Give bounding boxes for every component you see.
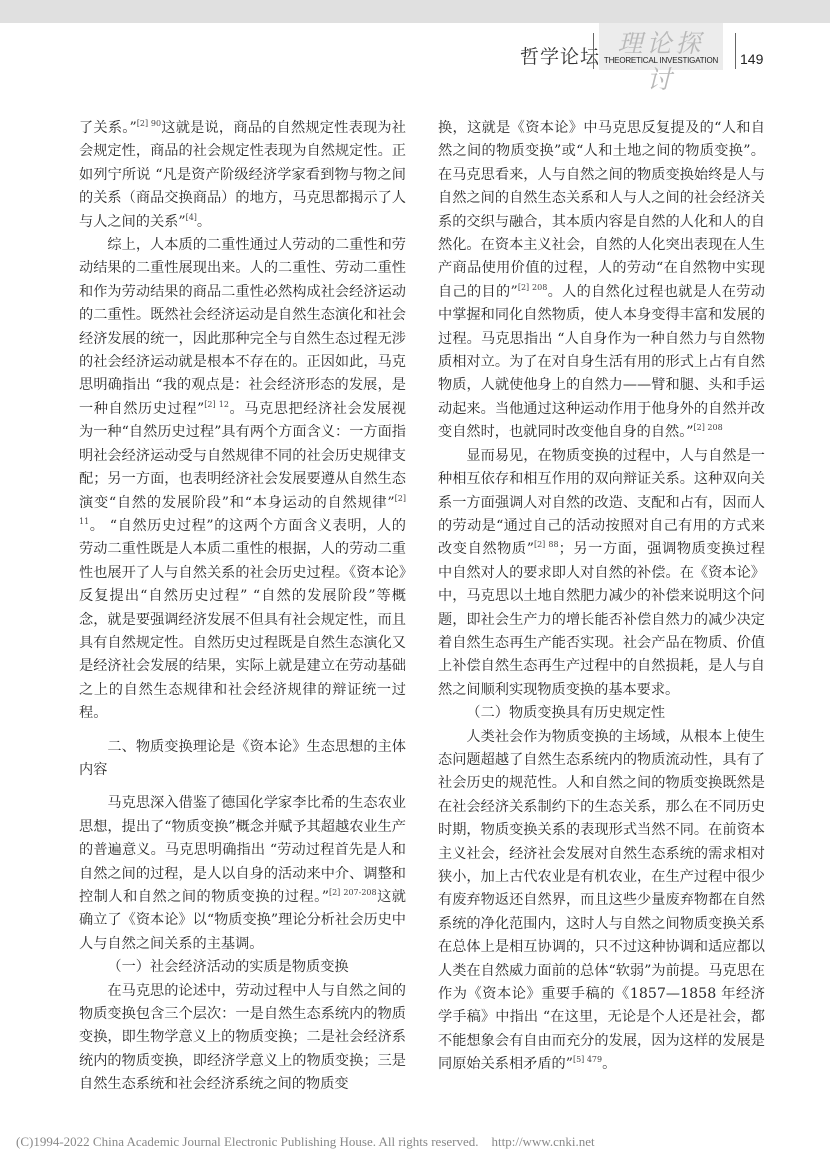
citation: [5] 479 <box>573 1055 602 1064</box>
journal-logo-en: THEORETICAL INVESTIGATION <box>599 56 723 65</box>
top-scan-band <box>0 0 830 23</box>
text: ；另一方面，强调物质变换过程中自然对人的要求即人对自然的补偿。在《资本论》中，马… <box>438 541 765 697</box>
journal-logo: 理论探讨 THEORETICAL INVESTIGATION <box>599 23 723 70</box>
text: 。 <box>602 1056 616 1072</box>
copyright-footer: (C)1994-2022 China Academic Journal Elec… <box>16 1134 595 1150</box>
citation: [2] 12 <box>204 400 229 409</box>
paragraph: 人类社会作为物质变换的主场域，从根本上使生态问题超越了自然生态系统内的物质流动性… <box>438 726 765 1077</box>
left-column: 了关系。”[2] 90这就是说，商品的自然规定性表现为社会规定性，商品的社会规定… <box>79 117 406 1097</box>
header-divider <box>735 33 736 69</box>
section-heading: 二、物质变换理论是《资本论》生态思想的主体内容 <box>79 736 406 783</box>
citation: [2] 208 <box>518 283 547 292</box>
right-column: 换，这就是《资本论》中马克思反复提及的“人和自然之间的物质变换”或“人和土地之间… <box>438 117 765 1077</box>
copyright-text: (C)1994-2022 China Academic Journal Elec… <box>16 1134 479 1149</box>
subsection-heading: （一）社会经济活动的实质是物质变换 <box>79 956 406 979</box>
text: 。人的自然化过程也就是人在劳动中掌握和同化自然物质，使人本身变得丰富和发展的过程… <box>438 284 765 440</box>
text: 在马克思的论述中，劳动过程中人与自然之间的物质变换包含三个层次：一是自然生态系统… <box>79 983 406 1093</box>
paragraph: 马克思深入借鉴了德国化学家李比希的生态农业思想，提出了“物质变换”概念并赋予其超… <box>79 792 406 956</box>
text: 。 “自然历史过程”的这两个方面含义表明，人的劳动二重性既是人本质二重性的根据，… <box>79 518 406 721</box>
section-name: 哲学论坛 <box>520 42 600 69</box>
citation: [2] 88 <box>534 540 559 549</box>
text: 。马克思把经济社会发展视为一种“自然历史过程”具有两个方面含义：一方面指明社会经… <box>79 401 406 511</box>
page-header: 哲学论坛 理论探讨 THEORETICAL INVESTIGATION 149 <box>0 23 830 78</box>
paragraph: 显而易见，在物质变换的过程中，人与自然是一种相互依存和相互作用的双向辩证关系。这… <box>438 445 765 702</box>
citation: [4] <box>186 213 197 222</box>
paragraph: 换，这就是《资本论》中马克思反复提及的“人和自然之间的物质变换”或“人和土地之间… <box>438 117 765 445</box>
citation: [2] 208 <box>694 423 723 432</box>
subsection-heading: （二）物质变换具有历史规定性 <box>438 702 765 725</box>
paragraph: 了关系。”[2] 90这就是说，商品的自然规定性表现为社会规定性，商品的社会规定… <box>79 117 406 234</box>
text: 。 <box>197 214 211 230</box>
text: 换，这就是《资本论》中马克思反复提及的“人和自然之间的物质变换”或“人和土地之间… <box>438 120 765 300</box>
text: 这就是说，商品的自然规定性表现为社会规定性，商品的社会规定性表现为自然规定性。正… <box>79 120 406 230</box>
page-number: 149 <box>740 51 763 67</box>
text: 了关系。” <box>79 120 137 136</box>
footer-url[interactable]: http://www.cnki.net <box>492 1134 595 1149</box>
paragraph: 综上，人本质的二重性通过人劳动的二重性和劳动结果的二重性展现出来。人的二重性、劳… <box>79 234 406 726</box>
text: 人类社会作为物质变换的主场域，从根本上使生态问题超越了自然生态系统内的物质流动性… <box>438 729 765 1073</box>
header-divider <box>593 33 594 69</box>
text: 综上，人本质的二重性通过人劳动的二重性和劳动结果的二重性展现出来。人的二重性、劳… <box>79 237 406 417</box>
citation: [2] 90 <box>137 119 161 128</box>
citation: [2] 207-208 <box>329 888 377 897</box>
paragraph: 在马克思的论述中，劳动过程中人与自然之间的物质变换包含三个层次：一是自然生态系统… <box>79 980 406 1097</box>
